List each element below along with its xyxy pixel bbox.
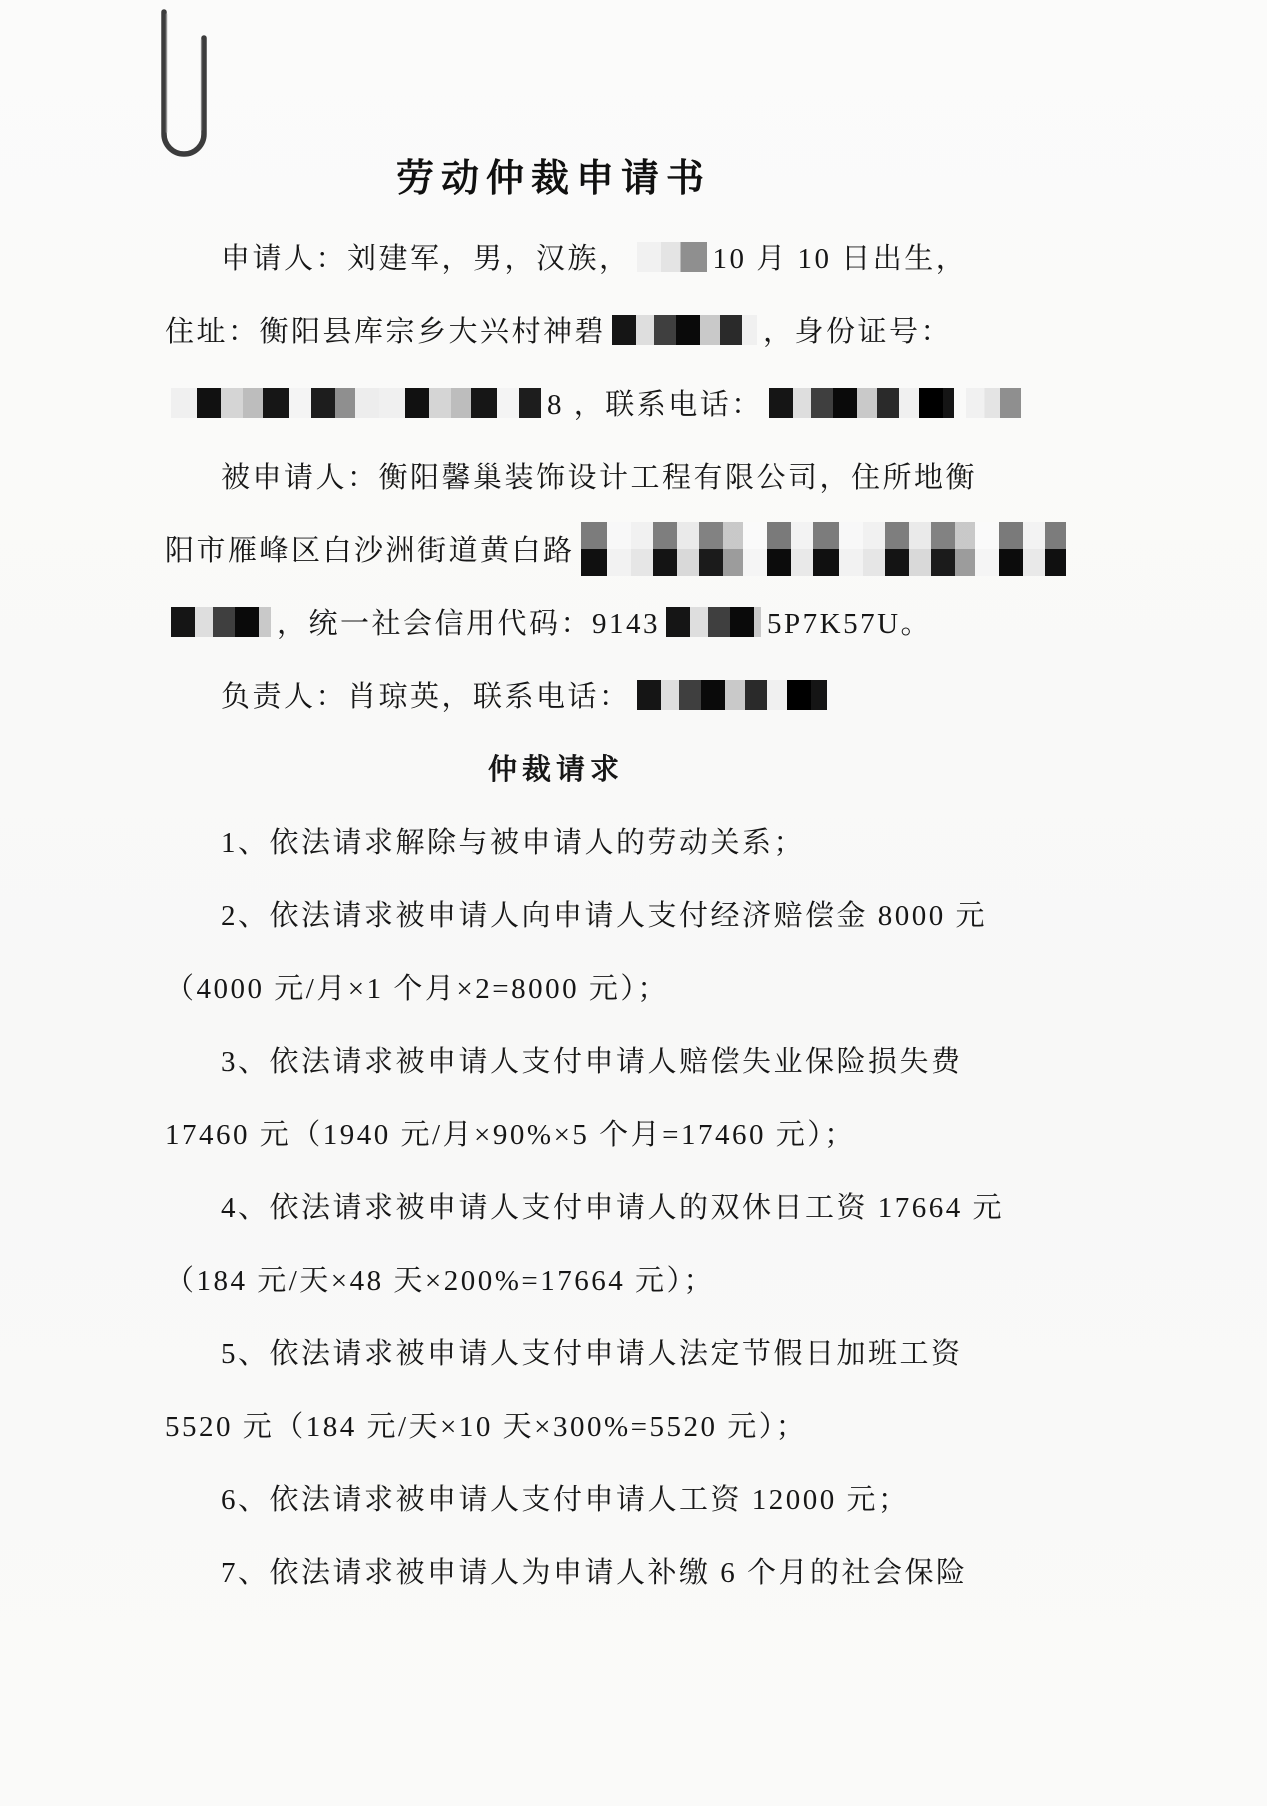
- text-segment: 申请人：刘建军，男，汉族，: [221, 236, 631, 277]
- text-segment: （4000 元/月×1 个月×2=8000 元）；: [165, 966, 669, 1007]
- scanned-document-page: 劳动仲裁申请书 申请人：刘建军，男，汉族， 10 月 10 日出生，住址：衡阳县…: [0, 0, 1267, 1806]
- document-body: 申请人：刘建军，男，汉族， 10 月 10 日出生，住址：衡阳县库宗乡大兴村神碧…: [0, 220, 1267, 1607]
- document-line: 1、依法请求解除与被申请人的劳动关系；: [165, 804, 947, 877]
- document-line: 7、依法请求被申请人为申请人补缴 6 个月的社会保险: [165, 1534, 947, 1607]
- document-line: 住址：衡阳县库宗乡大兴村神碧，身份证号：: [165, 293, 947, 366]
- redaction-block: [666, 607, 761, 637]
- document-line: 6、依法请求被申请人支付申请人工资 12000 元；: [165, 1461, 947, 1534]
- text-segment: 17460 元（1940 元/月×90%×5 个月=17460 元）；: [165, 1112, 856, 1153]
- redaction-block: [581, 522, 1066, 576]
- text-segment: ，统一社会信用代码：9143: [277, 601, 660, 642]
- document-line: 8 ，联系电话：: [165, 366, 947, 439]
- text-segment: 阳市雁峰区白沙洲街道黄白路: [165, 528, 575, 569]
- text-segment: 5、依法请求被申请人支付申请人法定节假日加班工资: [221, 1331, 963, 1372]
- text-segment: 1、依法请求解除与被申请人的劳动关系；: [221, 820, 805, 861]
- document-line: ，统一社会信用代码：91435P7K57U。: [165, 585, 947, 658]
- text-segment: （184 元/天×48 天×200%=17664 元）；: [165, 1258, 715, 1299]
- document-line: 5、依法请求被申请人支付申请人法定节假日加班工资: [165, 1315, 947, 1388]
- text-segment: 仲裁请求: [488, 747, 624, 788]
- text-segment: 负责人：肖琼英，联系电话：: [221, 674, 631, 715]
- document-line: （4000 元/月×1 个月×2=8000 元）；: [165, 950, 947, 1023]
- redaction-block: [637, 680, 827, 710]
- document-line: 阳市雁峰区白沙洲街道黄白路: [165, 512, 947, 585]
- document-line: 负责人：肖琼英，联系电话：: [165, 658, 947, 731]
- document-line: 申请人：刘建军，男，汉族， 10 月 10 日出生，: [165, 220, 947, 293]
- text-segment: 2、依法请求被申请人向申请人支付经济赔偿金 8000 元: [221, 893, 987, 934]
- text-segment: 5520 元（184 元/天×10 天×300%=5520 元）；: [165, 1404, 807, 1445]
- text-segment: 8 ，联系电话：: [547, 382, 763, 423]
- text-segment: 3、依法请求被申请人支付申请人赔偿失业保险损失费: [221, 1039, 963, 1080]
- document-line: 被申请人：衡阳馨巢装饰设计工程有限公司，住所地衡: [165, 439, 947, 512]
- paperclip-icon: [150, 6, 222, 174]
- text-segment: 10 月 10 日出生，: [713, 236, 968, 277]
- document-line: 17460 元（1940 元/月×90%×5 个月=17460 元）；: [165, 1096, 947, 1169]
- document-line: 2、依法请求被申请人向申请人支付经济赔偿金 8000 元: [165, 877, 947, 950]
- redaction-block: [612, 315, 757, 345]
- document-line: 3、依法请求被申请人支付申请人赔偿失业保险损失费: [165, 1023, 947, 1096]
- text-segment: 住址：衡阳县库宗乡大兴村神碧: [165, 309, 606, 350]
- redaction-block: [966, 388, 1021, 418]
- text-segment: 7、依法请求被申请人为申请人补缴 6 个月的社会保险: [221, 1550, 968, 1591]
- redaction-block: [637, 242, 707, 272]
- text-segment: 6、依法请求被申请人支付申请人工资 12000 元；: [221, 1477, 910, 1518]
- text-segment: 被申请人：衡阳馨巢装饰设计工程有限公司，住所地衡: [221, 455, 977, 496]
- text-segment: 4、依法请求被申请人支付申请人的双休日工资 17664 元: [221, 1185, 1004, 1226]
- redaction-block: [171, 607, 271, 637]
- text-segment: ，身份证号：: [763, 309, 952, 350]
- text-segment: 5P7K57U。: [767, 601, 932, 642]
- document-line: （184 元/天×48 天×200%=17664 元）；: [165, 1242, 947, 1315]
- redaction-block: [769, 388, 954, 418]
- redaction-block: [171, 388, 541, 418]
- section-heading: 仲裁请求: [165, 731, 947, 804]
- document-line: 5520 元（184 元/天×10 天×300%=5520 元）；: [165, 1388, 947, 1461]
- document-line: 4、依法请求被申请人支付申请人的双休日工资 17664 元: [165, 1169, 947, 1242]
